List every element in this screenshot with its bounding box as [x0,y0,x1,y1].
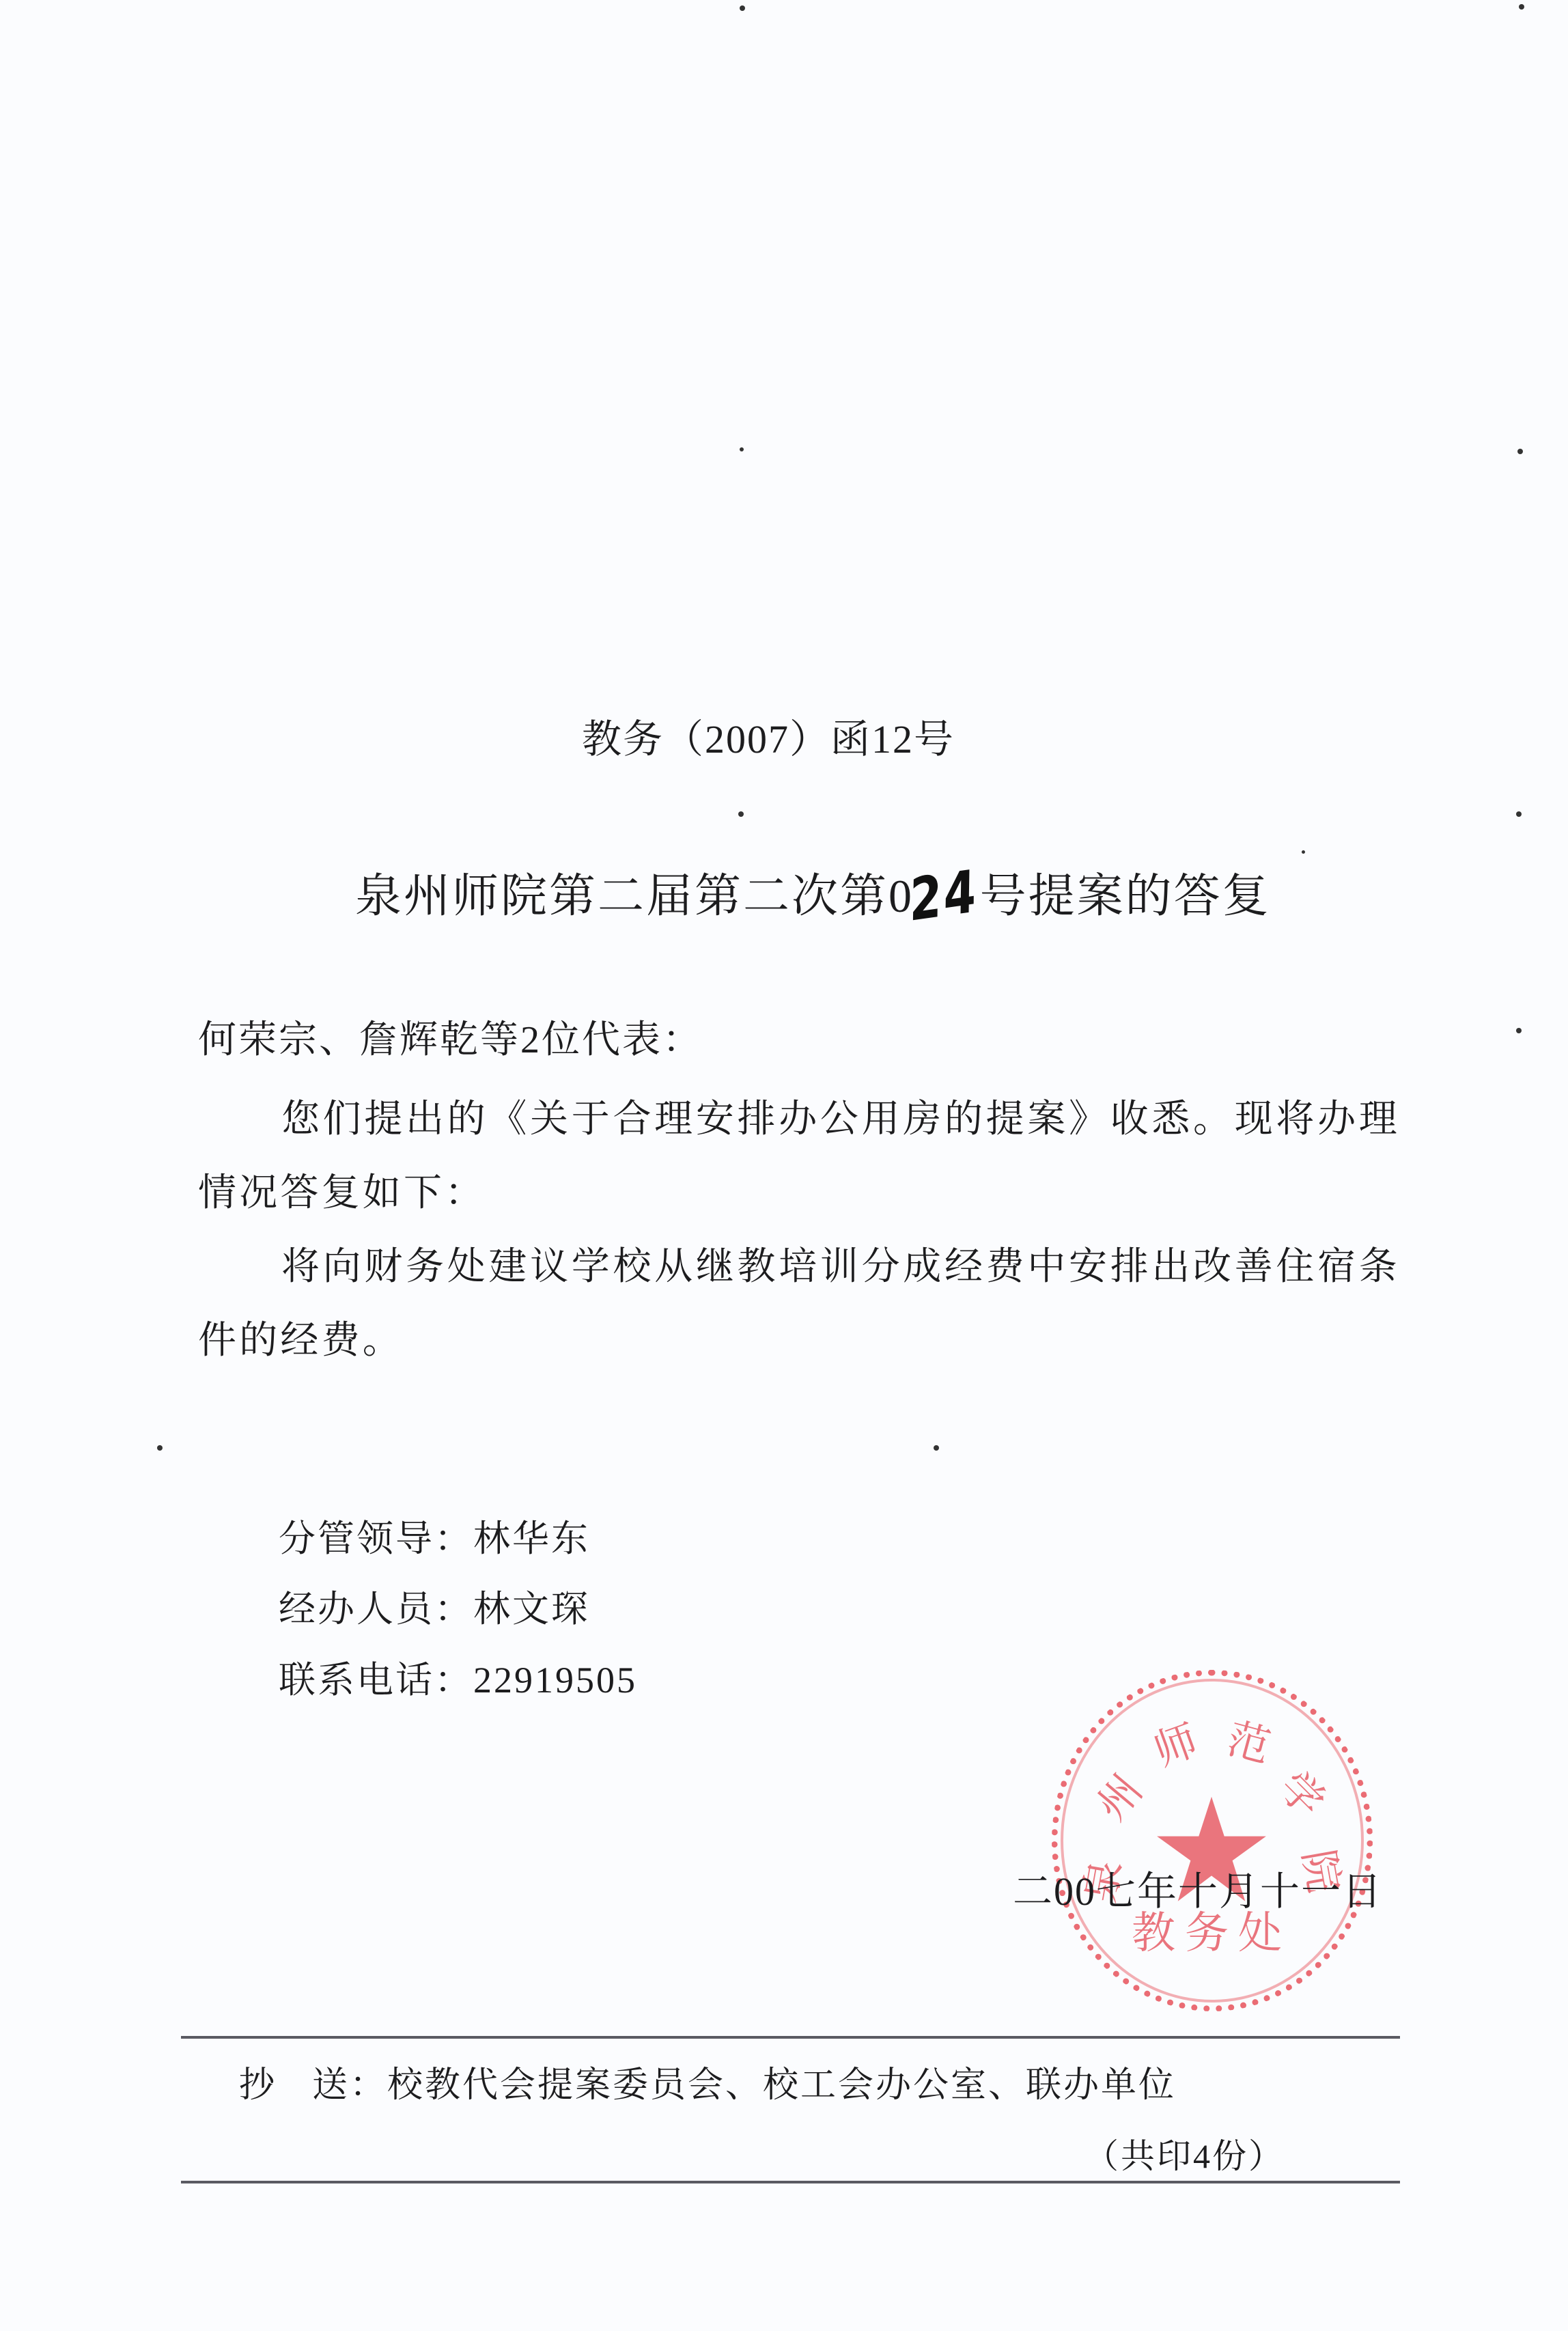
cc-label: 抄 [239,2066,277,2105]
official-seal: 泉 州 师 范 学 院 教务处 [1052,1670,1373,2011]
body-paragraph: 您们提出的《关于合理安排办公用房的提案》收悉。现将办理情况答复如下： [198,1083,1400,1230]
salutation: 何荣宗、詹辉乾等2位代表： [198,1009,703,1064]
cc-line: 抄送：校教代会提案委员会、校工会办公室、联办单位 [239,2056,1176,2107]
signatory-label: 经办人员： [279,1589,473,1630]
body-text: 您们提出的《关于合理安排办公用房的提案》收悉。现将办理情况答复如下： 将向财务处… [198,1083,1400,1378]
document-page: 教务（2007）函12号 泉州师院第二届第二次第024号提案的答复 何荣宗、詹辉… [0,0,1568,2331]
scan-speck [157,1445,163,1451]
divider-bottom [181,2181,1400,2183]
body-paragraph: 将向财务处建议学校从继教培训分成经费中安排出改善住宿条件的经费。 [198,1230,1400,1378]
handwritten-proposal-number: 24 [906,859,983,935]
title-suffix: 号提案的答复 [980,870,1271,922]
scan-speck [934,1445,939,1451]
signatory-label: 联系电话： [279,1660,473,1701]
signatory-value: 林华东 [473,1518,590,1559]
divider-top [181,2036,1400,2039]
scan-speck [1516,1028,1522,1033]
signatory-handler: 经办人员：林文琛 [279,1580,590,1632]
copies-count: （共印4份） [1084,2129,1285,2178]
scan-speck [1516,811,1522,817]
signatory-value: 22919505 [473,1660,637,1701]
scan-speck [738,811,744,817]
signatory-label: 分管领导： [279,1518,473,1559]
document-number: 教务（2007）函12号 [582,707,955,764]
scan-speck [1302,850,1305,854]
signatory-supervisor: 分管领导：林华东 [279,1509,590,1562]
scan-speck [740,447,744,451]
signatory-value: 林文琛 [473,1589,590,1630]
signatory-phone: 联系电话：22919505 [279,1651,637,1703]
scan-speck [1517,449,1523,454]
title-prefix: 泉州师院第二届第二次第 [355,870,888,922]
document-date: 二00七年十月十一日 [1013,1859,1383,1916]
document-title: 泉州师院第二届第二次第024号提案的答复 [355,859,1271,925]
cc-label: 送： [312,2066,387,2105]
scan-speck [1519,4,1524,10]
scan-speck [740,5,745,11]
cc-recipients: 校教代会提案委员会、校工会办公室、联办单位 [387,2066,1176,2105]
